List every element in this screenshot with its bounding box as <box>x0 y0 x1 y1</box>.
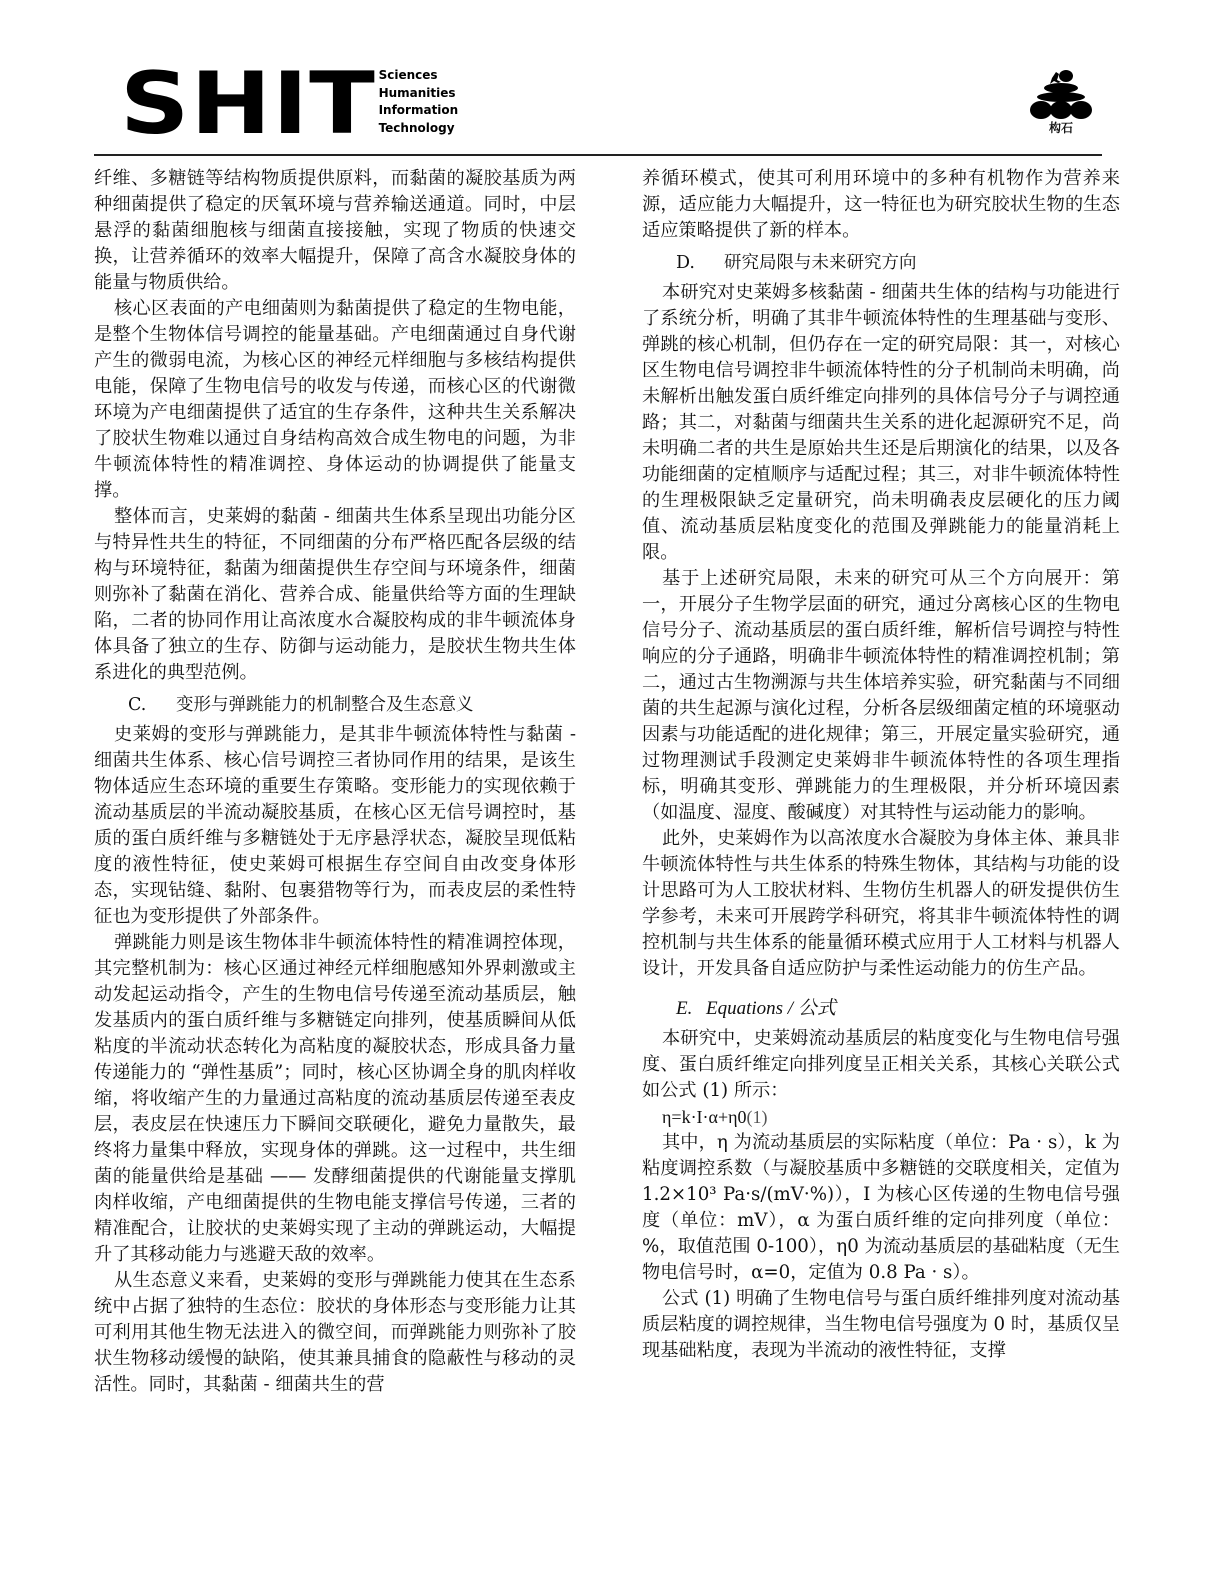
logo-mark: SHIT <box>120 66 376 142</box>
section-title: 变形与弹跳能力的机制整合及生态意义 <box>176 695 474 715</box>
logo-words: Sciences Humanities Information Technolo… <box>379 67 459 137</box>
equation-number: (1) <box>747 1107 768 1127</box>
paragraph: 本研究中，史莱姆流动基质层的粘度变化与生物电信号强度、蛋白质纤维定向排列度呈正相… <box>642 1026 1120 1104</box>
paragraph: 公式 (1) 明确了生物电信号与蛋白质纤维排列度对流动基质层粘度的调控规律，当生… <box>642 1286 1120 1364</box>
paragraph: 基于上述研究局限，未来的研究可从三个方向展开：第一，开展分子生物学层面的研究，通… <box>642 566 1120 826</box>
logo-word: Technology <box>379 120 459 138</box>
section-heading-c: C.变形与弹跳能力的机制整合及生态意义 <box>94 692 576 718</box>
equation: η=k·I·α+η0(1) <box>642 1104 1120 1130</box>
section-title: 研究局限与未来研究方向 <box>724 253 917 273</box>
logo-word: Humanities <box>379 85 459 103</box>
section-number: D. <box>676 250 724 276</box>
logo-word: Sciences <box>379 67 459 85</box>
header-divider <box>94 154 1102 156</box>
section-title: Equations / 公式 <box>706 998 836 1019</box>
section-number: E. <box>676 996 706 1022</box>
emblem-label: 构石 <box>1020 121 1102 135</box>
left-column: 纤维、多糖链等结构物质提供原料，而黏菌的凝胶基质为两种细菌提供了稳定的厌氧环境与… <box>94 166 576 1398</box>
section-number: C. <box>128 692 176 718</box>
section-heading-e: E.Equations / 公式 <box>642 996 1120 1022</box>
paragraph: 核心区表面的产电细菌则为黏菌提供了稳定的生物电能，是整个生物体信号调控的能量基础… <box>94 296 576 504</box>
paragraph: 本研究对史莱姆多核黏菌 - 细菌共生体的结构与功能进行了系统分析，明确了其非牛顿… <box>642 280 1120 566</box>
paragraph: 整体而言，史莱姆的黏菌 - 细菌共生体系呈现出功能分区与特异性共生的特征，不同细… <box>94 504 576 686</box>
paragraph: 纤维、多糖链等结构物质提供原料，而黏菌的凝胶基质为两种细菌提供了稳定的厌氧环境与… <box>94 166 576 296</box>
paragraph: 其中，η 为流动基质层的实际粘度（单位：Pa · s），k 为粘度调控系数（与凝… <box>642 1130 1120 1286</box>
logo-word: Information <box>379 102 459 120</box>
journal-logo: SHIT Sciences Humanities Information Tec… <box>120 66 458 142</box>
page-header: SHIT Sciences Humanities Information Tec… <box>94 60 1102 156</box>
paragraph: 此外，史莱姆作为以高浓度水合凝胶为身体主体、兼具非牛顿流体特性与共生体系的特殊生… <box>642 826 1120 982</box>
paragraph: 弹跳能力则是该生物体非牛顿流体特性的精准调控体现，其完整机制为：核心区通过神经元… <box>94 930 576 1268</box>
stacked-stones-icon <box>1028 68 1094 120</box>
paragraph: 史莱姆的变形与弹跳能力，是其非牛顿流体特性与黏菌 - 细菌共生体系、核心信号调控… <box>94 722 576 930</box>
paragraph: 养循环模式，使其可利用环境中的多种有机物作为营养来源，适应能力大幅提升，这一特征… <box>642 166 1120 244</box>
equation-formula: η=k·I·α+η0 <box>662 1107 747 1127</box>
section-heading-d: D.研究局限与未来研究方向 <box>642 250 1120 276</box>
paragraph: 从生态意义来看，史莱姆的变形与弹跳能力使其在生态系统中占据了独特的生态位：胶状的… <box>94 1268 576 1398</box>
emblem: 构石 <box>1020 68 1102 135</box>
right-column: 养循环模式，使其可利用环境中的多种有机物作为营养来源，适应能力大幅提升，这一特征… <box>642 166 1120 1364</box>
